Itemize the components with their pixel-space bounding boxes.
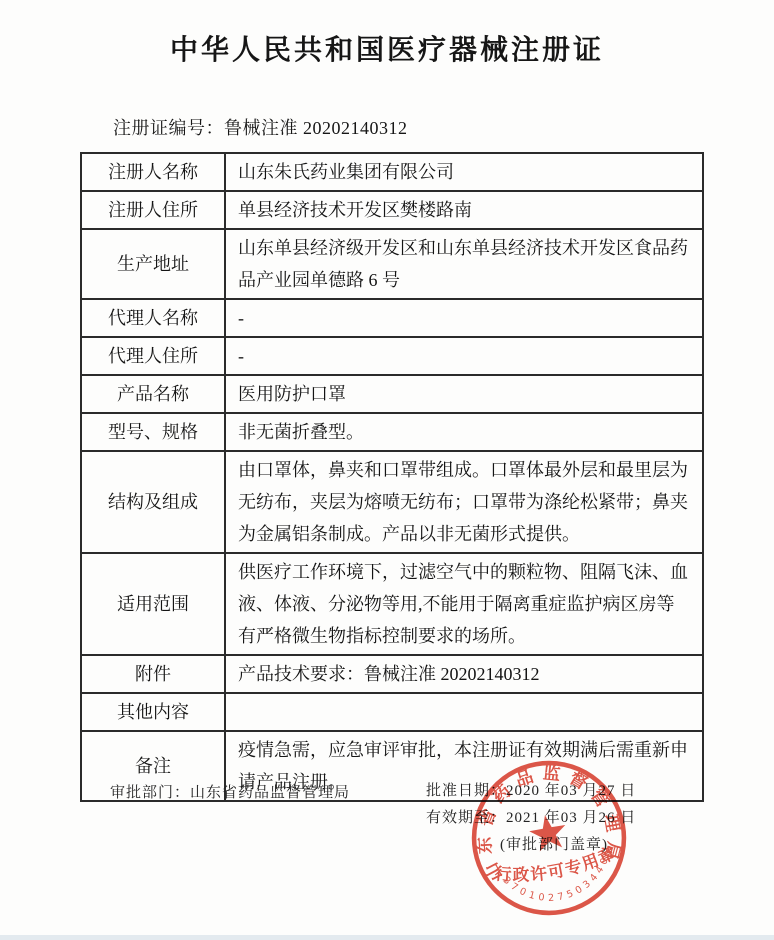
table-row: 生产地址山东单县经济级开发区和山东单县经济技术开发区食品药品产业园单德路 6 号 bbox=[81, 229, 703, 299]
table-row: 产品名称医用防护口罩 bbox=[81, 375, 703, 413]
table-row: 注册人住所单县经济技术开发区樊楼路南 bbox=[81, 191, 703, 229]
certificate-title: 中华人民共和国医疗器械注册证 bbox=[0, 28, 774, 68]
table-row: 代理人住所- bbox=[81, 337, 703, 375]
row-label: 产品名称 bbox=[81, 375, 225, 413]
valid-until-date: 有效期至：2021 年03 月26 日 bbox=[426, 806, 636, 827]
table-row: 附件产品技术要求：鲁械注准 20202140312 bbox=[81, 655, 703, 693]
table-row: 代理人名称- bbox=[81, 299, 703, 337]
row-value: - bbox=[225, 337, 703, 375]
table-row: 其他内容 bbox=[81, 693, 703, 731]
row-value: 山东朱氏药业集团有限公司 bbox=[225, 153, 703, 191]
seal-note: (审批部门盖章) bbox=[500, 833, 608, 854]
table-row: 结构及组成由口罩体，鼻夹和口罩带组成。口罩体最外层和最里层为无纺布，夹层为熔喷无… bbox=[81, 451, 703, 553]
row-label: 型号、规格 bbox=[81, 413, 225, 451]
row-value: 山东单县经济级开发区和山东单县经济技术开发区食品药品产业园单德路 6 号 bbox=[225, 229, 703, 299]
row-label: 代理人住所 bbox=[81, 337, 225, 375]
row-value: 供医疗工作环境下，过滤空气中的颗粒物、阻隔飞沫、血液、体液、分泌物等用,不能用于… bbox=[225, 553, 703, 655]
row-value: - bbox=[225, 299, 703, 337]
certificate-page: 中华人民共和国医疗器械注册证 注册证编号：鲁械注准 20202140312 注册… bbox=[0, 0, 774, 940]
table-row: 注册人名称山东朱氏药业集团有限公司 bbox=[81, 153, 703, 191]
row-label: 适用范围 bbox=[81, 553, 225, 655]
row-label: 生产地址 bbox=[81, 229, 225, 299]
cert-number-label: 注册证编号： bbox=[113, 118, 224, 138]
row-value: 由口罩体，鼻夹和口罩带组成。口罩体最外层和最里层为无纺布，夹层为熔喷无纺布；口罩… bbox=[225, 451, 703, 553]
cert-number-value: 鲁械注准 20202140312 bbox=[224, 118, 408, 138]
scan-page-edge bbox=[0, 935, 774, 940]
approval-department: 审批部门：山东省药品监督管理局 bbox=[110, 781, 350, 802]
row-value: 单县经济技术开发区樊楼路南 bbox=[225, 191, 703, 229]
cert-number-line: 注册证编号：鲁械注准 20202140312 bbox=[113, 114, 408, 140]
row-value: 产品技术要求：鲁械注准 20202140312 bbox=[225, 655, 703, 693]
row-label: 代理人名称 bbox=[81, 299, 225, 337]
approval-date: 批准日期：2020 年03 月27 日 bbox=[426, 779, 636, 800]
row-label: 注册人名称 bbox=[81, 153, 225, 191]
row-label: 其他内容 bbox=[81, 693, 225, 731]
table-row: 型号、规格非无菌折叠型。 bbox=[81, 413, 703, 451]
row-label: 结构及组成 bbox=[81, 451, 225, 553]
seal-number-text: 3701027503440 bbox=[499, 851, 619, 912]
row-value bbox=[225, 693, 703, 731]
table-row: 适用范围供医疗工作环境下，过滤空气中的颗粒物、阻隔飞沫、血液、体液、分泌物等用,… bbox=[81, 553, 703, 655]
certificate-table: 注册人名称山东朱氏药业集团有限公司注册人住所单县经济技术开发区樊楼路南生产地址山… bbox=[80, 152, 704, 802]
row-label: 附件 bbox=[81, 655, 225, 693]
row-label: 注册人住所 bbox=[81, 191, 225, 229]
row-value: 非无菌折叠型。 bbox=[225, 413, 703, 451]
row-value: 医用防护口罩 bbox=[225, 375, 703, 413]
